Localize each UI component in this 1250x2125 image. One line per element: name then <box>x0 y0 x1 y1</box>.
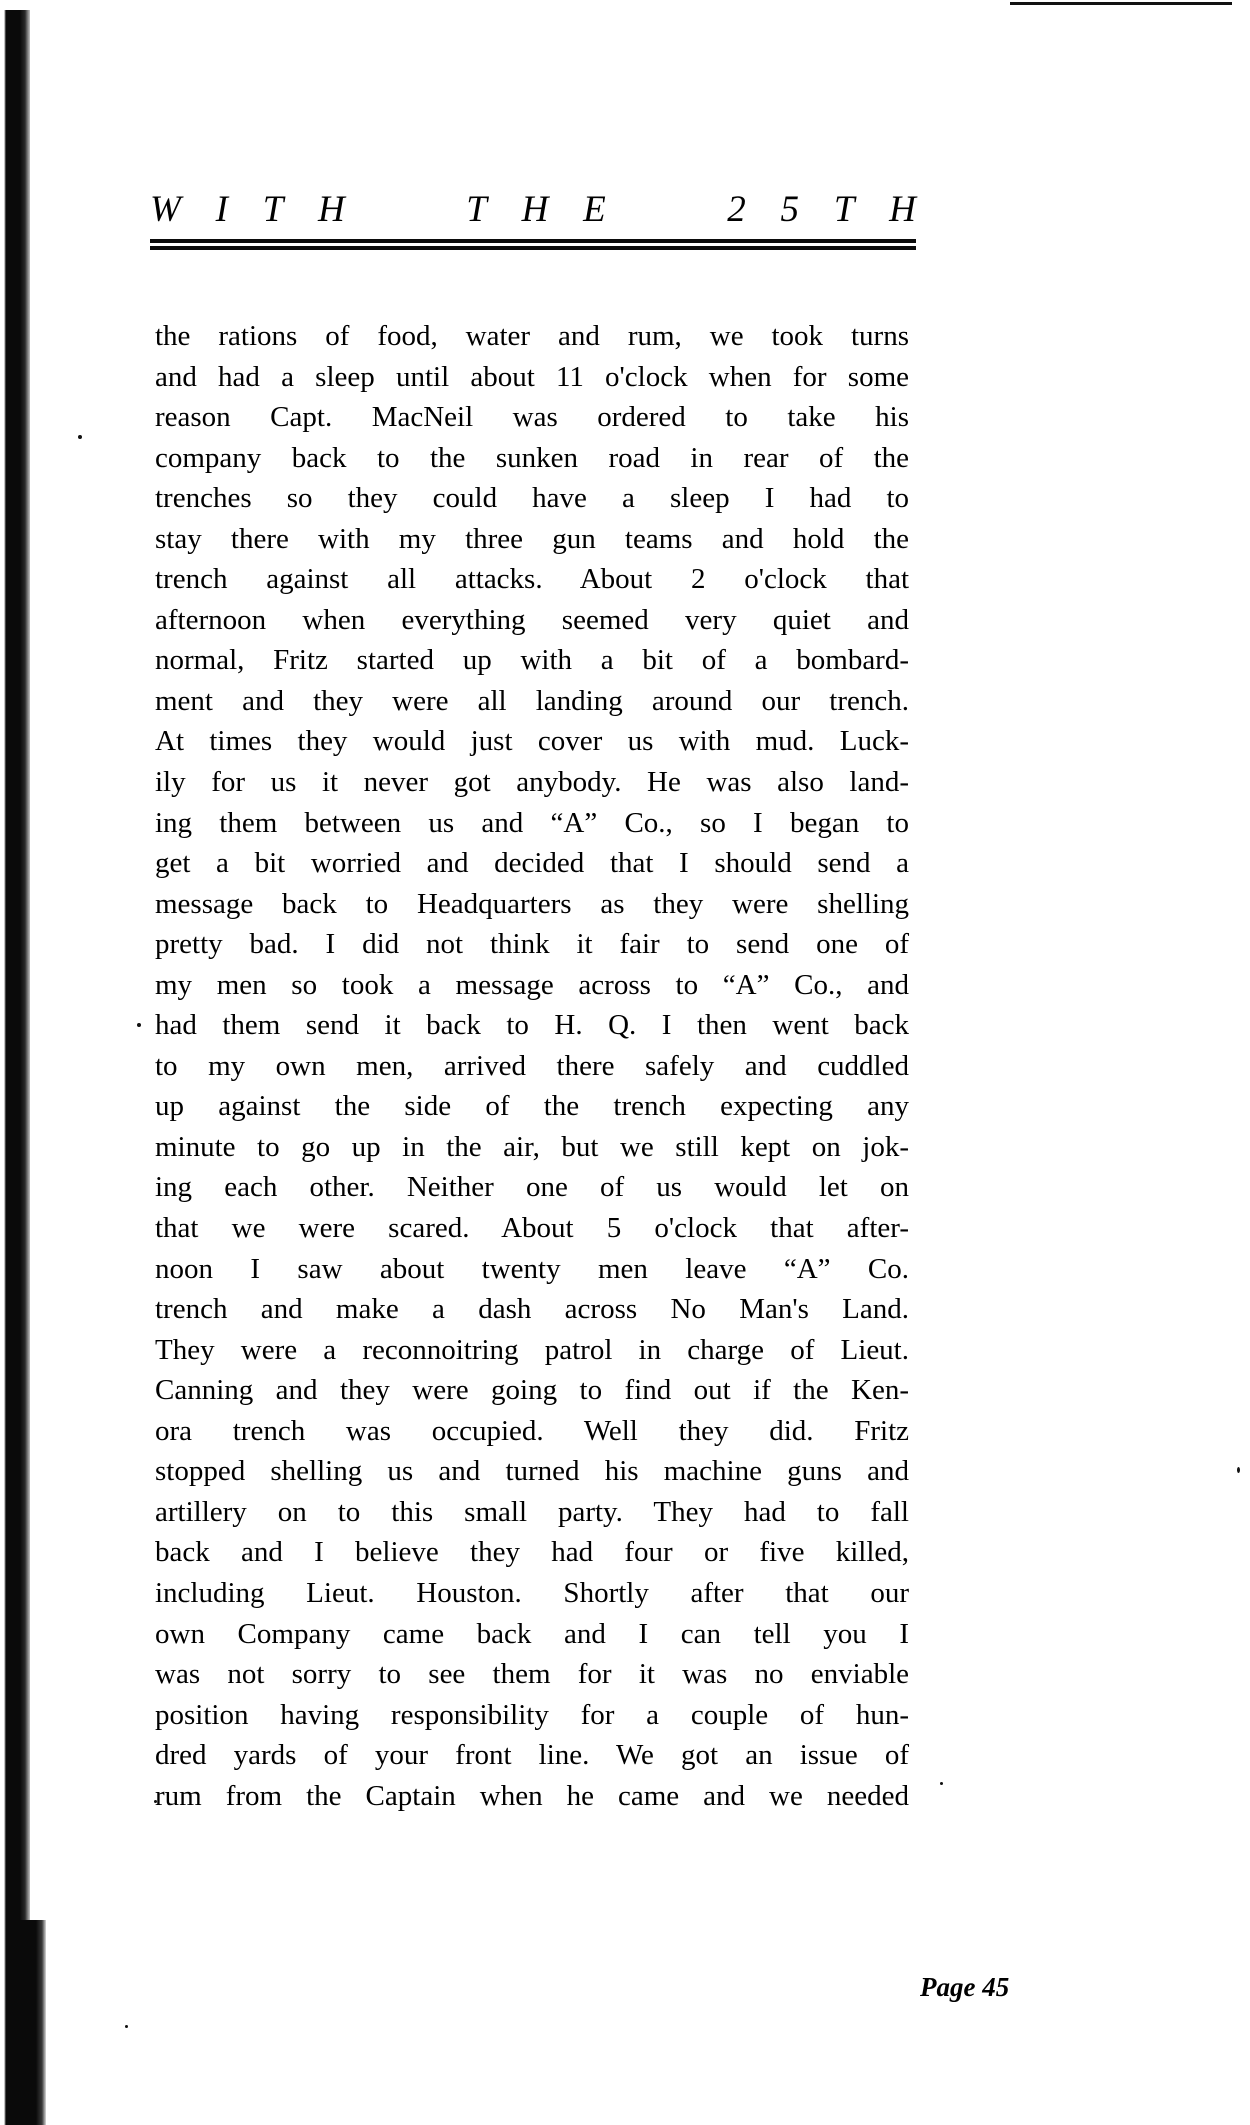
text-line: pretty bad. I did not think it fair to s… <box>155 924 909 965</box>
running-head-letter: H <box>318 188 345 231</box>
text-line: trenches so they could have a sleep I ha… <box>155 478 909 519</box>
text-line: reason Capt. MacNeil was ordered to take… <box>155 397 909 438</box>
text-line: was not sorry to see them for it was no … <box>155 1654 909 1695</box>
text-line: dred yards of your front line. We got an… <box>155 1735 909 1776</box>
text-line: had them send it back to H. Q. I then we… <box>155 1005 909 1046</box>
text-line: get a bit worried and decided that I sho… <box>155 843 909 884</box>
running-head-letter: 5 <box>781 188 800 231</box>
body-text: the rations of food, water and rum, we t… <box>155 316 909 1816</box>
text-line: ment and they were all landing around ou… <box>155 681 909 722</box>
scanned-binding-edge <box>0 10 30 2125</box>
scan-speck <box>154 1800 157 1803</box>
text-line: stopped shelling us and turned his machi… <box>155 1451 909 1492</box>
text-line: position having responsibility for a cou… <box>155 1695 909 1736</box>
text-line: stay there with my three gun teams and h… <box>155 519 909 560</box>
scan-speck <box>125 2025 128 2028</box>
text-line: ily for us it never got anybody. He was … <box>155 762 909 803</box>
text-line: ora trench was occupied. Well they did. … <box>155 1411 909 1452</box>
text-line: up against the side of the trench expect… <box>155 1086 909 1127</box>
text-line: message back to Headquarters as they wer… <box>155 884 909 925</box>
running-head-letter: 2 <box>727 188 746 231</box>
header-rule-upper <box>150 239 916 243</box>
text-line: my men so took a message across to “A” C… <box>155 965 909 1006</box>
running-head-letter: T <box>834 188 855 231</box>
scan-speck <box>137 1023 141 1027</box>
header-double-rule <box>150 238 916 252</box>
text-line: that we were scared. About 5 o'clock tha… <box>155 1208 909 1249</box>
scan-top-edge-rule <box>1010 2 1232 5</box>
text-line: to my own men, arrived there safely and … <box>155 1046 909 1087</box>
text-line: artillery on to this small party. They h… <box>155 1492 909 1533</box>
running-head-letter: H <box>889 188 916 231</box>
text-line: At times they would just cover us with m… <box>155 721 909 762</box>
scan-speck <box>940 1782 943 1785</box>
scanned-binding-edge-lower <box>14 1920 46 2125</box>
text-line: company back to the sunken road in rear … <box>155 438 909 479</box>
text-line: afternoon when everything seemed very qu… <box>155 600 909 641</box>
running-head-letter: H <box>522 188 549 231</box>
page-number: Page 45 <box>920 1972 1009 2003</box>
running-head-letter: I <box>216 188 228 231</box>
text-line: ing each other. Neither one of us would … <box>155 1167 909 1208</box>
running-head-letter: E <box>583 188 606 231</box>
running-head: W I T H T H E 2 5 T H <box>150 188 916 230</box>
scan-speck <box>78 435 82 439</box>
text-line: and had a sleep until about 11 o'clock w… <box>155 357 909 398</box>
running-head-letter: T <box>466 188 487 231</box>
text-line: minute to go up in the air, but we still… <box>155 1127 909 1168</box>
text-line: own Company came back and I can tell you… <box>155 1614 909 1655</box>
text-line: including Lieut. Houston. Shortly after … <box>155 1573 909 1614</box>
text-line: Canning and they were going to find out … <box>155 1370 909 1411</box>
running-head-letter: W <box>150 188 181 231</box>
text-line: normal, Fritz started up with a bit of a… <box>155 640 909 681</box>
text-line: trench and make a dash across No Man's L… <box>155 1289 909 1330</box>
text-line: back and I believe they had four or five… <box>155 1532 909 1573</box>
text-line: rum from the Captain when he came and we… <box>155 1776 909 1817</box>
scan-speck <box>1237 1467 1240 1473</box>
text-line: trench against all attacks. About 2 o'cl… <box>155 559 909 600</box>
text-line: ing them between us and “A” Co., so I be… <box>155 803 909 844</box>
text-line: the rations of food, water and rum, we t… <box>155 316 909 357</box>
running-head-letter: T <box>263 188 284 231</box>
header-rule-lower <box>150 246 916 250</box>
text-line: They were a reconnoitring patrol in char… <box>155 1330 909 1371</box>
text-line: noon I saw about twenty men leave “A” Co… <box>155 1249 909 1290</box>
